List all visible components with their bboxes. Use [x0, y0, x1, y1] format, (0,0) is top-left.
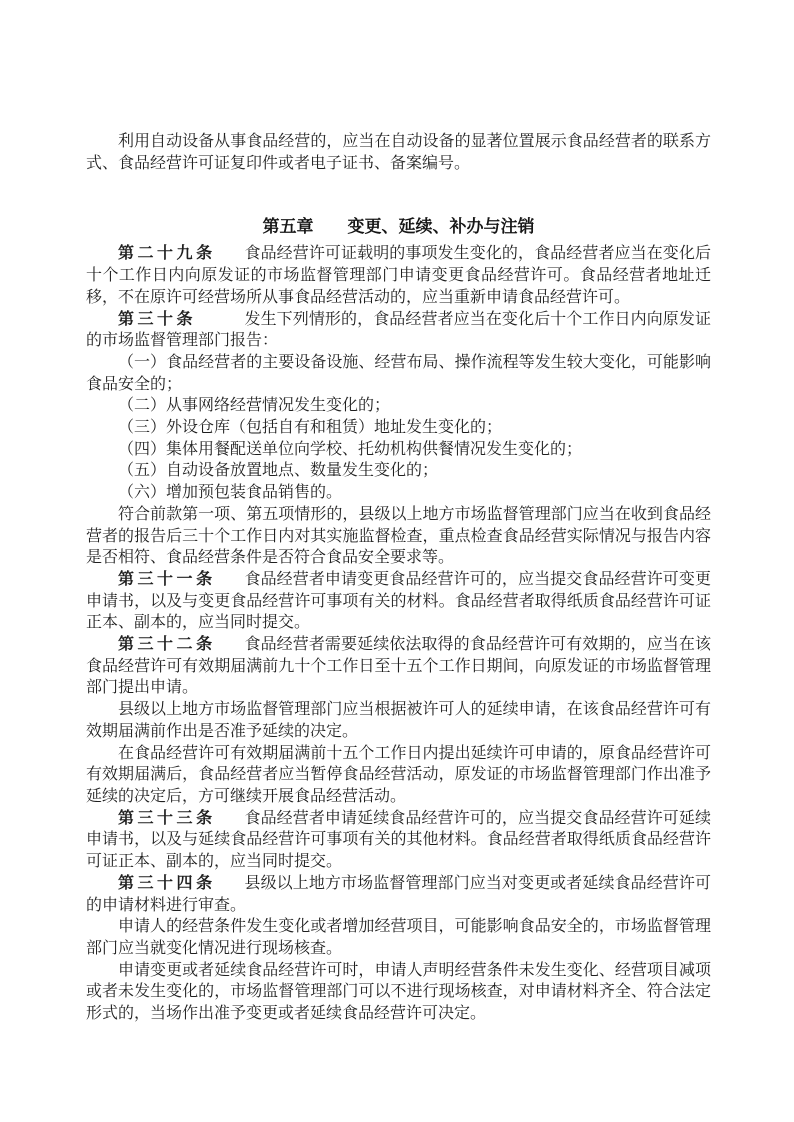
chapter-heading: 第五章变更、延续、补办与注销 — [86, 216, 711, 238]
body-paragraph: 县级以上地方市场监督管理部门应当根据被许可人的延续申请，在该食品经营许可有效期届… — [86, 699, 711, 742]
paragraph-text: 在食品经营许可有效期届满前十五个工作日内提出延续许可申请的，原食品经营许可有效期… — [86, 745, 711, 805]
chapter-title: 变更、延续、补办与注销 — [348, 217, 535, 236]
document-page: 利用自动设备从事食品经营的，应当在自动设备的显著位置展示食品经营者的联系方式、食… — [0, 0, 794, 1122]
paragraph-text: （二）从事网络经营情况发生变化的； — [118, 397, 390, 414]
body-paragraph: 在食品经营许可有效期届满前十五个工作日内提出延续许可申请的，原食品经营许可有效期… — [86, 743, 711, 808]
body-paragraph: （一）食品经营者的主要设备设施、经营布局、操作流程等发生较大变化，可能影响食品安… — [86, 352, 711, 395]
body-paragraph: 利用自动设备从事食品经营的，应当在自动设备的显著位置展示食品经营者的联系方式、食… — [86, 131, 711, 174]
paragraph-text: 县级以上地方市场监督管理部门应当根据被许可人的延续申请，在该食品经营许可有效期届… — [86, 701, 711, 740]
body-paragraph: 符合前款第一项、第五项情形的，县级以上地方市场监督管理部门应当在收到食品经营者的… — [86, 504, 711, 569]
article-number-label: 第三十一条 — [118, 569, 244, 591]
body-paragraph: （四）集体用餐配送单位向学校、托幼机构供餐情况发生变化的； — [86, 439, 711, 461]
article-number-label: 第三十三条 — [118, 808, 244, 830]
article-paragraph: 第三十一条食品经营者申请变更食品经营许可的，应当提交食品经营许可变更申请书，以及… — [86, 569, 711, 634]
paragraph-text: 利用自动设备从事食品经营的，应当在自动设备的显著位置展示食品经营者的联系方式、食… — [86, 133, 711, 172]
article-paragraph: 第二十九条食品经营许可证载明的事项发生变化的，食品经营者应当在变化后十个工作日内… — [86, 243, 711, 308]
paragraph-text: 申请变更或者延续食品经营许可时，申请人声明经营条件未发生变化、经营项目减项或者未… — [86, 962, 711, 1022]
article-number-label: 第三十四条 — [118, 873, 244, 895]
paragraph-text: （一）食品经营者的主要设备设施、经营布局、操作流程等发生较大变化，可能影响食品安… — [86, 354, 711, 393]
body-paragraph: 申请人的经营条件发生变化或者增加经营项目，可能影响食品安全的，市场监督管理部门应… — [86, 916, 711, 959]
article-number-label: 第三十二条 — [118, 634, 244, 656]
document-content: 利用自动设备从事食品经营的，应当在自动设备的显著位置展示食品经营者的联系方式、食… — [86, 131, 711, 1025]
paragraph-text: （四）集体用餐配送单位向学校、托幼机构供餐情况发生变化的； — [118, 441, 582, 458]
body-paragraph: （二）从事网络经营情况发生变化的； — [86, 395, 711, 417]
paragraph-text: （三）外设仓库（包括自有和租赁）地址发生变化的； — [118, 419, 502, 436]
paragraph-text: 符合前款第一项、第五项情形的，县级以上地方市场监督管理部门应当在收到食品经营者的… — [86, 506, 711, 566]
article-paragraph: 第三十条发生下列情形的，食品经营者应当在变化后十个工作日内向原发证的市场监督管理… — [86, 309, 711, 352]
paragraph-text: （六）增加预包装食品销售的。 — [118, 484, 342, 501]
body-paragraph: （五）自动设备放置地点、数量发生变化的； — [86, 460, 711, 482]
chapter-number: 第五章 — [263, 217, 314, 236]
article-paragraph: 第三十四条县级以上地方市场监督管理部门应当对变更或者延续食品经营许可的申请材料进… — [86, 873, 711, 916]
article-paragraph: 第三十二条食品经营者需要延续依法取得的食品经营许可有效期的，应当在该食品经营许可… — [86, 634, 711, 699]
body-paragraph: （三）外设仓库（包括自有和租赁）地址发生变化的； — [86, 417, 711, 439]
article-number-label: 第三十条 — [118, 309, 244, 331]
body-paragraph: （六）增加预包装食品销售的。 — [86, 482, 711, 504]
article-paragraph: 第三十三条食品经营者申请延续食品经营许可的，应当提交食品经营许可延续申请书，以及… — [86, 808, 711, 873]
paragraph-text: 申请人的经营条件发生变化或者增加经营项目，可能影响食品安全的，市场监督管理部门应… — [86, 918, 711, 957]
article-number-label: 第二十九条 — [118, 243, 244, 265]
body-paragraph: 申请变更或者延续食品经营许可时，申请人声明经营条件未发生变化、经营项目减项或者未… — [86, 960, 711, 1025]
paragraph-text: （五）自动设备放置地点、数量发生变化的； — [118, 462, 438, 479]
